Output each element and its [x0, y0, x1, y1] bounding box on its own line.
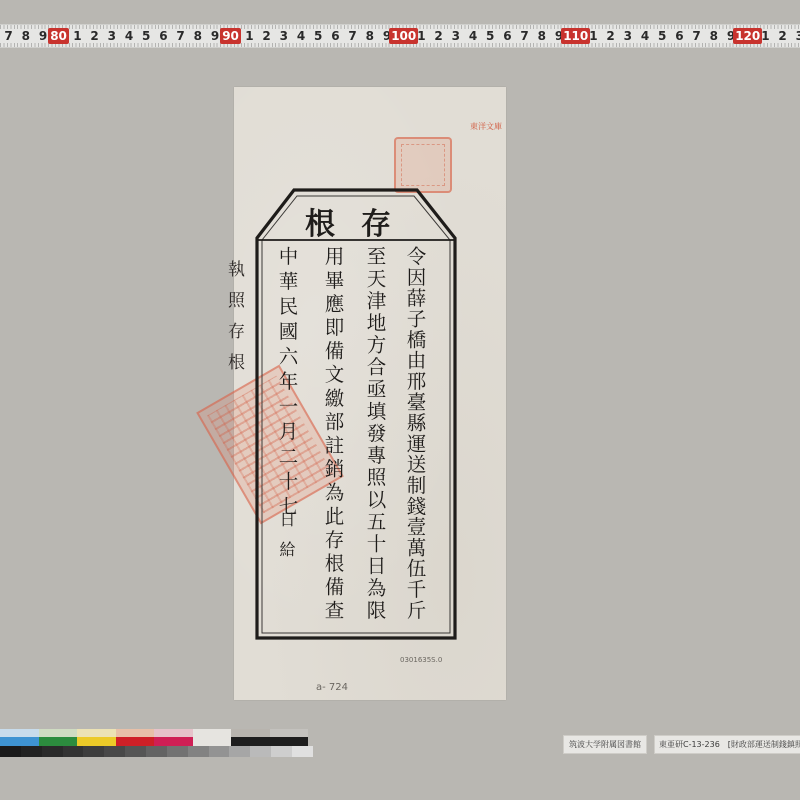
- gray-patch: [0, 746, 21, 757]
- title-char-cun: 存: [361, 199, 391, 243]
- gray-patch: [42, 746, 63, 757]
- color-patch: [0, 729, 39, 737]
- document-frame: [0, 0, 800, 800]
- gray-patch: [250, 746, 271, 757]
- gray-patch: [188, 746, 209, 757]
- gray-patch: [167, 746, 188, 757]
- library-label: 筑波大学附属図書館: [563, 735, 647, 754]
- color-patch: [270, 729, 309, 737]
- color-patch: [77, 737, 116, 746]
- gray-patch: [271, 746, 292, 757]
- date-column: 中華民國六年一月二十七: [277, 246, 297, 521]
- color-patch: [116, 729, 155, 737]
- gray-patch: [292, 746, 313, 757]
- pencil-item-number: a- 724: [316, 682, 348, 693]
- color-patch: [154, 737, 193, 746]
- grayscale-strip: [0, 746, 313, 757]
- text-column-3: 用畢應即備文繳部註銷為此存根備查: [323, 246, 343, 624]
- color-chart-tint-row: [0, 729, 308, 737]
- color-chart-saturated-row: [0, 737, 308, 746]
- catalog-label: 東亜研C-13-236 [財政部運送制錢鎮照]存根: [654, 735, 800, 754]
- gray-patch: [146, 746, 167, 757]
- color-patch: [270, 737, 309, 746]
- gray-patch: [104, 746, 125, 757]
- color-calibration-chart: [0, 729, 313, 757]
- pencil-catalog-number: 0301635S.0: [400, 656, 442, 664]
- color-patch: [77, 729, 116, 737]
- gray-patch: [21, 746, 42, 757]
- color-patch: [231, 737, 270, 746]
- color-patch: [116, 737, 155, 746]
- color-patch: [193, 729, 232, 737]
- gray-patch: [63, 746, 84, 757]
- color-patch: [154, 729, 193, 737]
- gray-patch: [209, 746, 230, 757]
- title-char-gen: 根: [305, 199, 335, 243]
- color-patch: [39, 729, 78, 737]
- gray-patch: [83, 746, 104, 757]
- gray-patch: [229, 746, 250, 757]
- color-patch: [193, 737, 232, 746]
- color-patch: [231, 729, 270, 737]
- color-patch: [39, 737, 78, 746]
- color-patch: [0, 737, 39, 746]
- text-column-2: 至天津地方合亟填發專照以五十日為限: [365, 246, 385, 622]
- gray-patch: [125, 746, 146, 757]
- text-column-1: 令因薛子橋由邢臺縣運送制錢壹萬伍千斤: [405, 246, 425, 620]
- date-suffix: 日給: [278, 511, 294, 571]
